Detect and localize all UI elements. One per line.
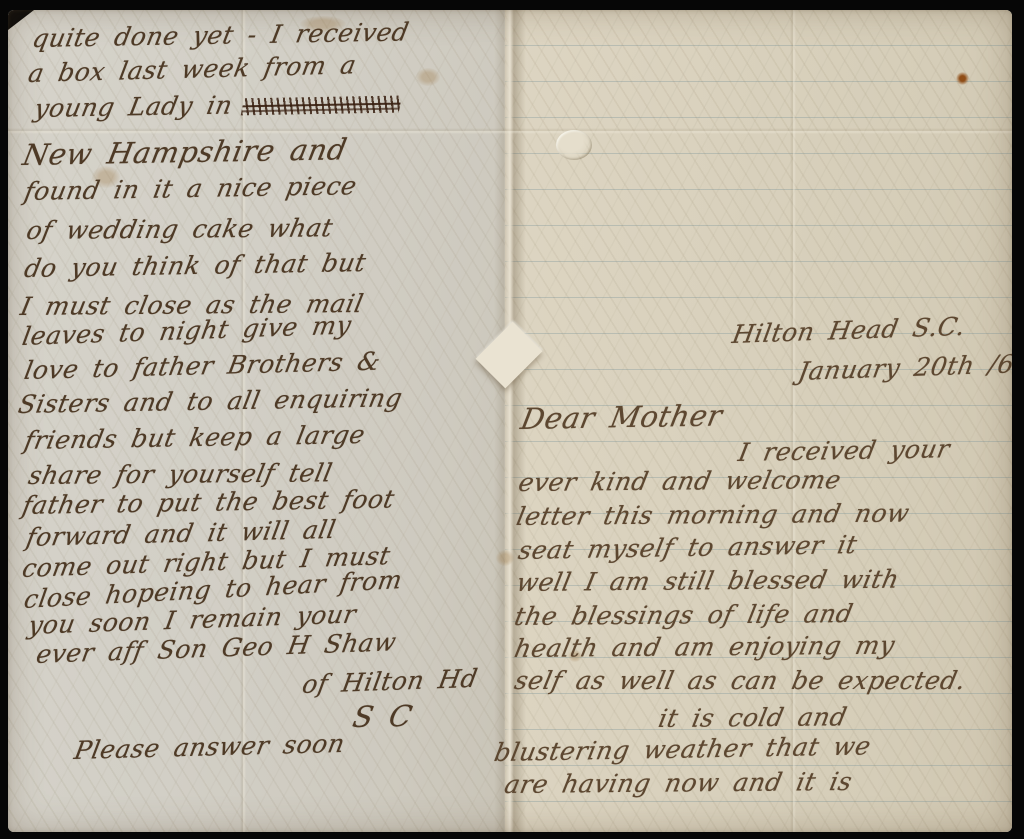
handwriting-line: it is cold and: [656, 702, 850, 733]
handwriting-line: ever kind and welcome: [516, 465, 844, 497]
handwriting-line: friends but keep a large: [22, 420, 368, 455]
letter-paper: quite done yet - I received a box last w…: [8, 10, 1012, 832]
handwriting-line: share for yourself tell: [26, 458, 335, 490]
handwriting-line: New Hampshire and: [20, 132, 350, 172]
scribbled-out-word: [240, 96, 401, 116]
handwriting-line: self as well as can be expected.: [512, 666, 969, 695]
handwriting-line: well I am still blessed with: [514, 565, 902, 597]
handwriting-line: the blessings of life and: [512, 599, 856, 631]
handwriting-line: seat myself to answer it: [516, 530, 860, 565]
handwriting-line: health and am enjoying my: [512, 631, 898, 663]
handwriting-line: I received your: [736, 434, 953, 467]
letter-scan-photo: quite done yet - I received a box last w…: [0, 0, 1024, 839]
signature-state-line: S C: [350, 699, 415, 734]
salutation-line: Dear Mother: [518, 398, 725, 436]
handwriting-line: are having now and it is: [502, 767, 855, 799]
handwriting-line: of wedding cake what: [24, 213, 336, 245]
handwriting-line: found in it a nice piece: [22, 171, 359, 206]
handwriting-line: letter this morning and now: [514, 499, 912, 531]
handwriting-text: young Lady in: [32, 90, 235, 123]
handwriting-line: do you think of that but: [22, 248, 369, 283]
